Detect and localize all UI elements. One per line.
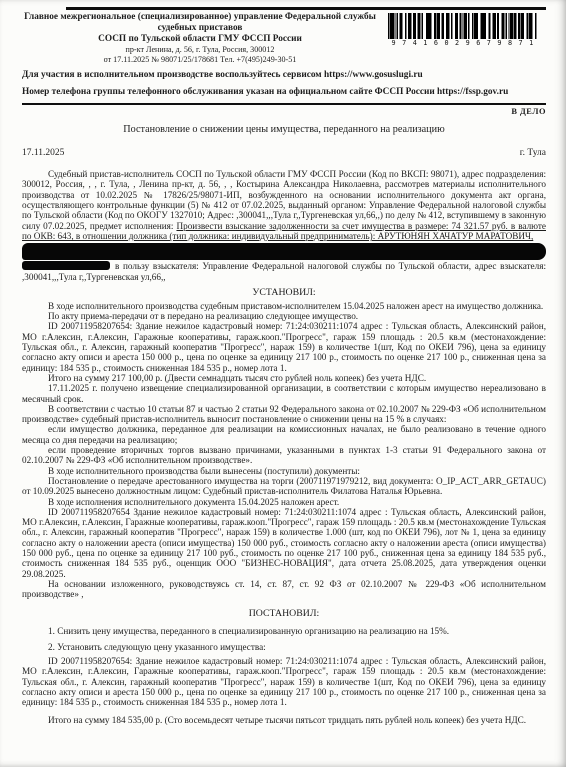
header-divider <box>22 103 546 105</box>
heading-postanovil: ПОСТАНОВИЛ: <box>22 608 546 619</box>
paragraph-property-1: ID 200711958207654: Здание нежилое кадас… <box>22 321 546 372</box>
v-delo-stamp: В ДЕЛО <box>22 107 546 116</box>
redaction-bar <box>22 243 546 260</box>
paragraph-preamble: Судебный пристав-исполнитель СОСП по Тул… <box>22 169 546 241</box>
paragraph-transfer-act: По акту приема-передачи от в передано на… <box>22 311 546 321</box>
paragraph-arrest: В ходе исполнительного производства суде… <box>22 301 546 311</box>
paragraph-case-auction: если проведение вторичных торгов вызвано… <box>22 445 546 466</box>
paragraph-legal-grounds: На основании изложенного, руководствуясь… <box>22 579 546 600</box>
gosuslugi-notice: Для участия в исполнительном производств… <box>22 70 546 81</box>
doc-reference-line: от 17.11.2025 № 98071/25/178681 Тел. +7(… <box>22 55 378 65</box>
paragraph-claimant: в пользу взыскателя: Управление Федераль… <box>22 261 546 282</box>
org-name: Главное межрегиональное (специализирован… <box>22 12 378 34</box>
redaction-bar-inline <box>22 261 110 270</box>
paragraph-notification: 17.11.2025 г. получено извещение специал… <box>22 383 546 404</box>
org-address: пр-кт Ленина, д. 56, г. Тула, Россия, 30… <box>22 45 378 55</box>
paragraph-property-2: ID 200711958207654 Здание нежилое кадаст… <box>22 507 546 579</box>
barcode-digits: 9 7 4 1 6 0 2 9 6 7 9 8 7 1 <box>388 39 538 47</box>
paragraph-documents-intro: В ходе исполнительного производства были… <box>22 466 546 476</box>
paragraph-case-commission: если имущество должника, переданное для … <box>22 424 546 445</box>
document-page: Главное межрегиональное (специализирован… <box>0 0 566 767</box>
paragraph-law-basis: В соответствии с частью 10 статьи 87 и ч… <box>22 404 546 425</box>
paragraph-arrest-date: В ходе исполнения исполнительного докуме… <box>22 497 546 507</box>
barcode-bars-icon <box>388 13 538 39</box>
heading-ustanovil: УСТАНОВИЛ: <box>22 287 546 298</box>
doc-date: 17.11.2025 <box>22 148 64 158</box>
resolution-item-1: 1. Снизить цену имущества, переданного в… <box>22 626 546 636</box>
fssp-phone-notice: Номер телефона группы телефонного обслуж… <box>22 87 546 98</box>
barcode: 9 7 4 1 6 0 2 9 6 7 9 8 7 1 <box>388 13 538 47</box>
letterhead-text: Главное межрегиональное (специализирован… <box>22 12 378 64</box>
paragraph-auction-resolution: Постановление о передаче арестованного и… <box>22 476 546 497</box>
org-unit: СОСП по Тульской области ГМУ ФССП России <box>22 34 378 45</box>
paragraph-total-217100: Итого на сумму 217 100,00 р. (Двести сем… <box>22 373 546 383</box>
doc-city: г. Тула <box>520 148 546 158</box>
paragraph-property-3: ID 200711958207654: Здание нежилое кадас… <box>22 656 546 707</box>
top-rule <box>66 7 546 10</box>
document-title: Постановление о снижении цены имущества,… <box>22 124 546 135</box>
letterhead: Главное межрегиональное (специализирован… <box>22 12 546 64</box>
paragraph-total-184535: Итого на сумму 184 535,00 р. (Сто восемь… <box>22 715 546 725</box>
resolution-item-2: 2. Установить следующую цену указанного … <box>22 642 546 652</box>
date-row: 17.11.2025 г. Тула <box>22 148 546 158</box>
